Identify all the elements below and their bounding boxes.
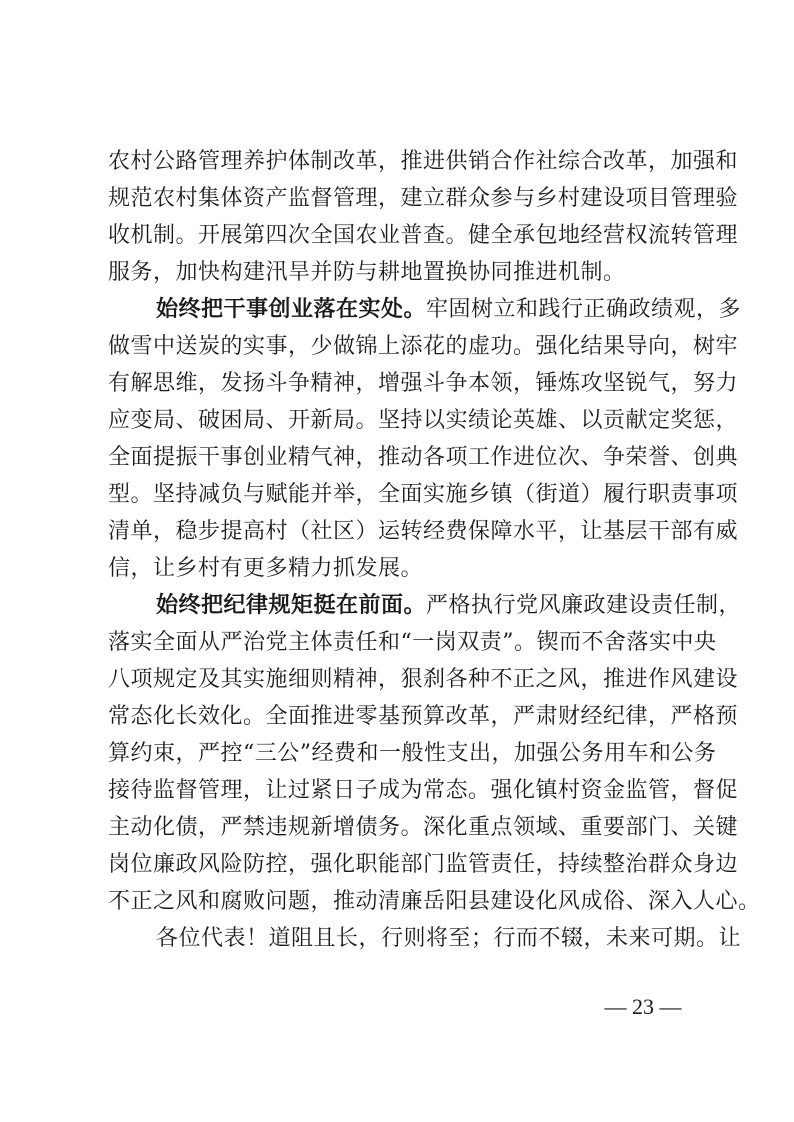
text-line: 规范农村集体资产监督管理，建立群众参与乡村建设项目管理验: [108, 180, 696, 217]
text-line: 不正之风和腐败问题，推动清廉岳阳县建设化风成俗、深入人心。: [108, 883, 696, 920]
paragraph-heading: 始终把干事创业落在实处。: [156, 297, 426, 322]
text-line: 收机制。开展第四次全国农业普查。健全承包地经营权流转管理: [108, 217, 696, 254]
text-line: 信，让乡村有更多精力抓发展。: [108, 550, 696, 587]
text-line: 应变局、破困局、开新局。坚持以实绩论英雄、以贡献定奖惩，: [108, 402, 696, 439]
text-run: 严格执行党风廉政建设责任制，: [426, 593, 741, 618]
text-line: 岗位廉政风险防控，强化职能部门监管责任，持续整治群众身边: [108, 846, 696, 883]
text-line: 农村公路管理养护体制改革，推进供销合作社综合改革，加强和: [108, 143, 696, 180]
paragraph-heading-line: 始终把干事创业落在实处。牢固树立和践行正确政绩观，多: [108, 291, 696, 328]
document-body: 农村公路管理养护体制改革，推进供销合作社综合改革，加强和 规范农村集体资产监督管…: [108, 143, 696, 957]
text-line: 各位代表！道阻且长，行则将至；行而不辍，未来可期。让: [108, 920, 696, 957]
text-line: 有解思维，发扬斗争精神，增强斗争本领，锤炼攻坚锐气，努力: [108, 365, 696, 402]
text-line: 算约束，严控“三公”经费和一般性支出，加强公务用车和公务: [108, 735, 696, 772]
text-line: 清单，稳步提高村（社区）运转经费保障水平，让基层干部有威: [108, 513, 696, 550]
text-line: 全面提振干事创业精气神，推动各项工作进位次、争荣誉、创典: [108, 439, 696, 476]
page-number: — 23 —: [598, 994, 688, 1020]
text-line: 八项规定及其实施细则精神，狠刹各种不正之风，推进作风建设: [108, 661, 696, 698]
paragraph-heading: 始终把纪律规矩挺在前面。: [156, 593, 426, 618]
text-line: 主动化债，严禁违规新增债务。深化重点领域、重要部门、关键: [108, 809, 696, 846]
text-line: 做雪中送炭的实事，少做锦上添花的虚功。强化结果导向，树牢: [108, 328, 696, 365]
text-line: 服务，加快构建汛旱并防与耕地置换协同推进机制。: [108, 254, 696, 291]
text-line: 接待监督管理，让过紧日子成为常态。强化镇村资金监管，督促: [108, 772, 696, 809]
text-run: 牢固树立和践行正确政绩观，多: [426, 297, 741, 322]
paragraph-heading-line: 始终把纪律规矩挺在前面。严格执行党风廉政建设责任制，: [108, 587, 696, 624]
text-line: 落实全面从严治党主体责任和“一岗双责”。锲而不舍落实中央: [108, 624, 696, 661]
text-line: 型。坚持减负与赋能并举，全面实施乡镇（街道）履行职责事项: [108, 476, 696, 513]
text-line: 常态化长效化。全面推进零基预算改革，严肃财经纪律，严格预: [108, 698, 696, 735]
